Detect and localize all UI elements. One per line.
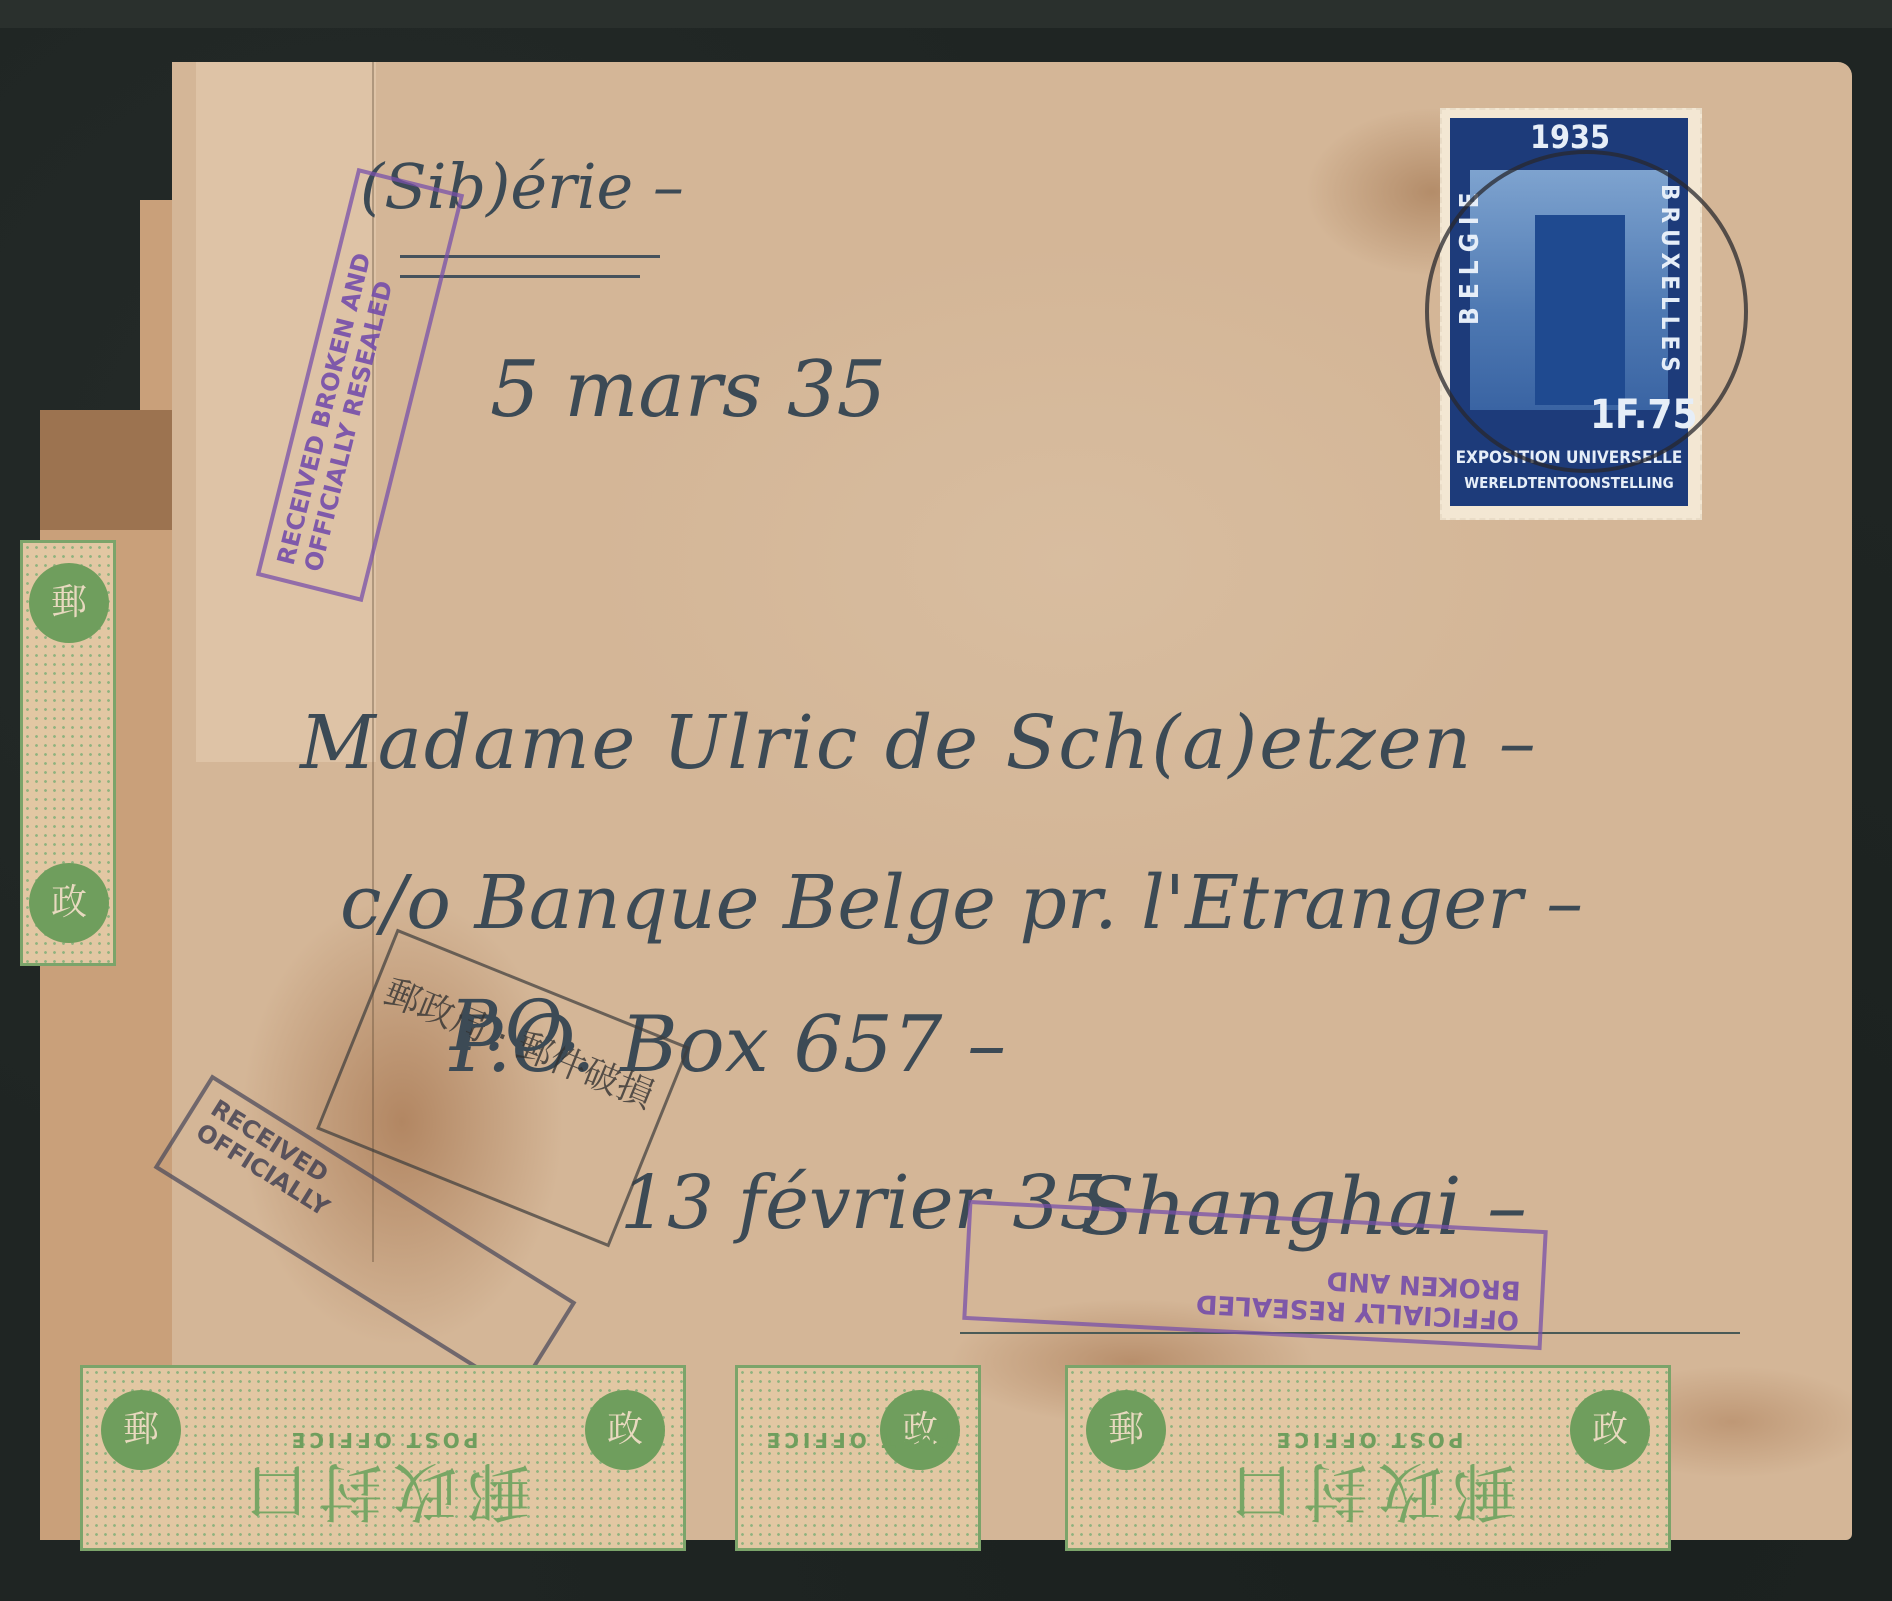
addressee-line: Madame Ulric de Sch(a)etzen – bbox=[300, 700, 1538, 786]
postmark-cancel bbox=[1425, 150, 1748, 473]
chop-handwritten-po: P.O. bbox=[450, 985, 581, 1067]
seal-label: 政 POST OFFICE bbox=[735, 1365, 981, 1551]
date-sent: 5 mars 35 bbox=[490, 345, 886, 435]
care-of-line: c/o Banque Belge pr. l'Etranger – bbox=[340, 860, 1583, 946]
seal-main-glyphs: 郵政封口 bbox=[83, 1450, 683, 1542]
seal-post-office-text: POST OFFICE bbox=[83, 1428, 683, 1452]
seal-label-left: 郵 政 bbox=[20, 540, 116, 966]
torn-paper-piece bbox=[40, 410, 180, 530]
seal-post-office-text: POST OFFICE bbox=[1068, 1428, 1668, 1452]
seal-corner-glyph: 政 bbox=[29, 863, 109, 943]
top-edge bbox=[0, 0, 1892, 28]
seal-corner-glyph: 郵 bbox=[29, 563, 109, 643]
seal-label: 郵 政 POST OFFICE 郵政封口 bbox=[1065, 1365, 1671, 1551]
seal-label: 郵 政 POST OFFICE 郵政封口 bbox=[80, 1365, 686, 1551]
stamp-caption-2: WERELDTENTOONSTELLING bbox=[1452, 474, 1686, 492]
seal-post-office-text: POST OFFICE bbox=[738, 1428, 978, 1452]
seal-main-glyphs: 郵政封口 bbox=[1068, 1450, 1668, 1542]
